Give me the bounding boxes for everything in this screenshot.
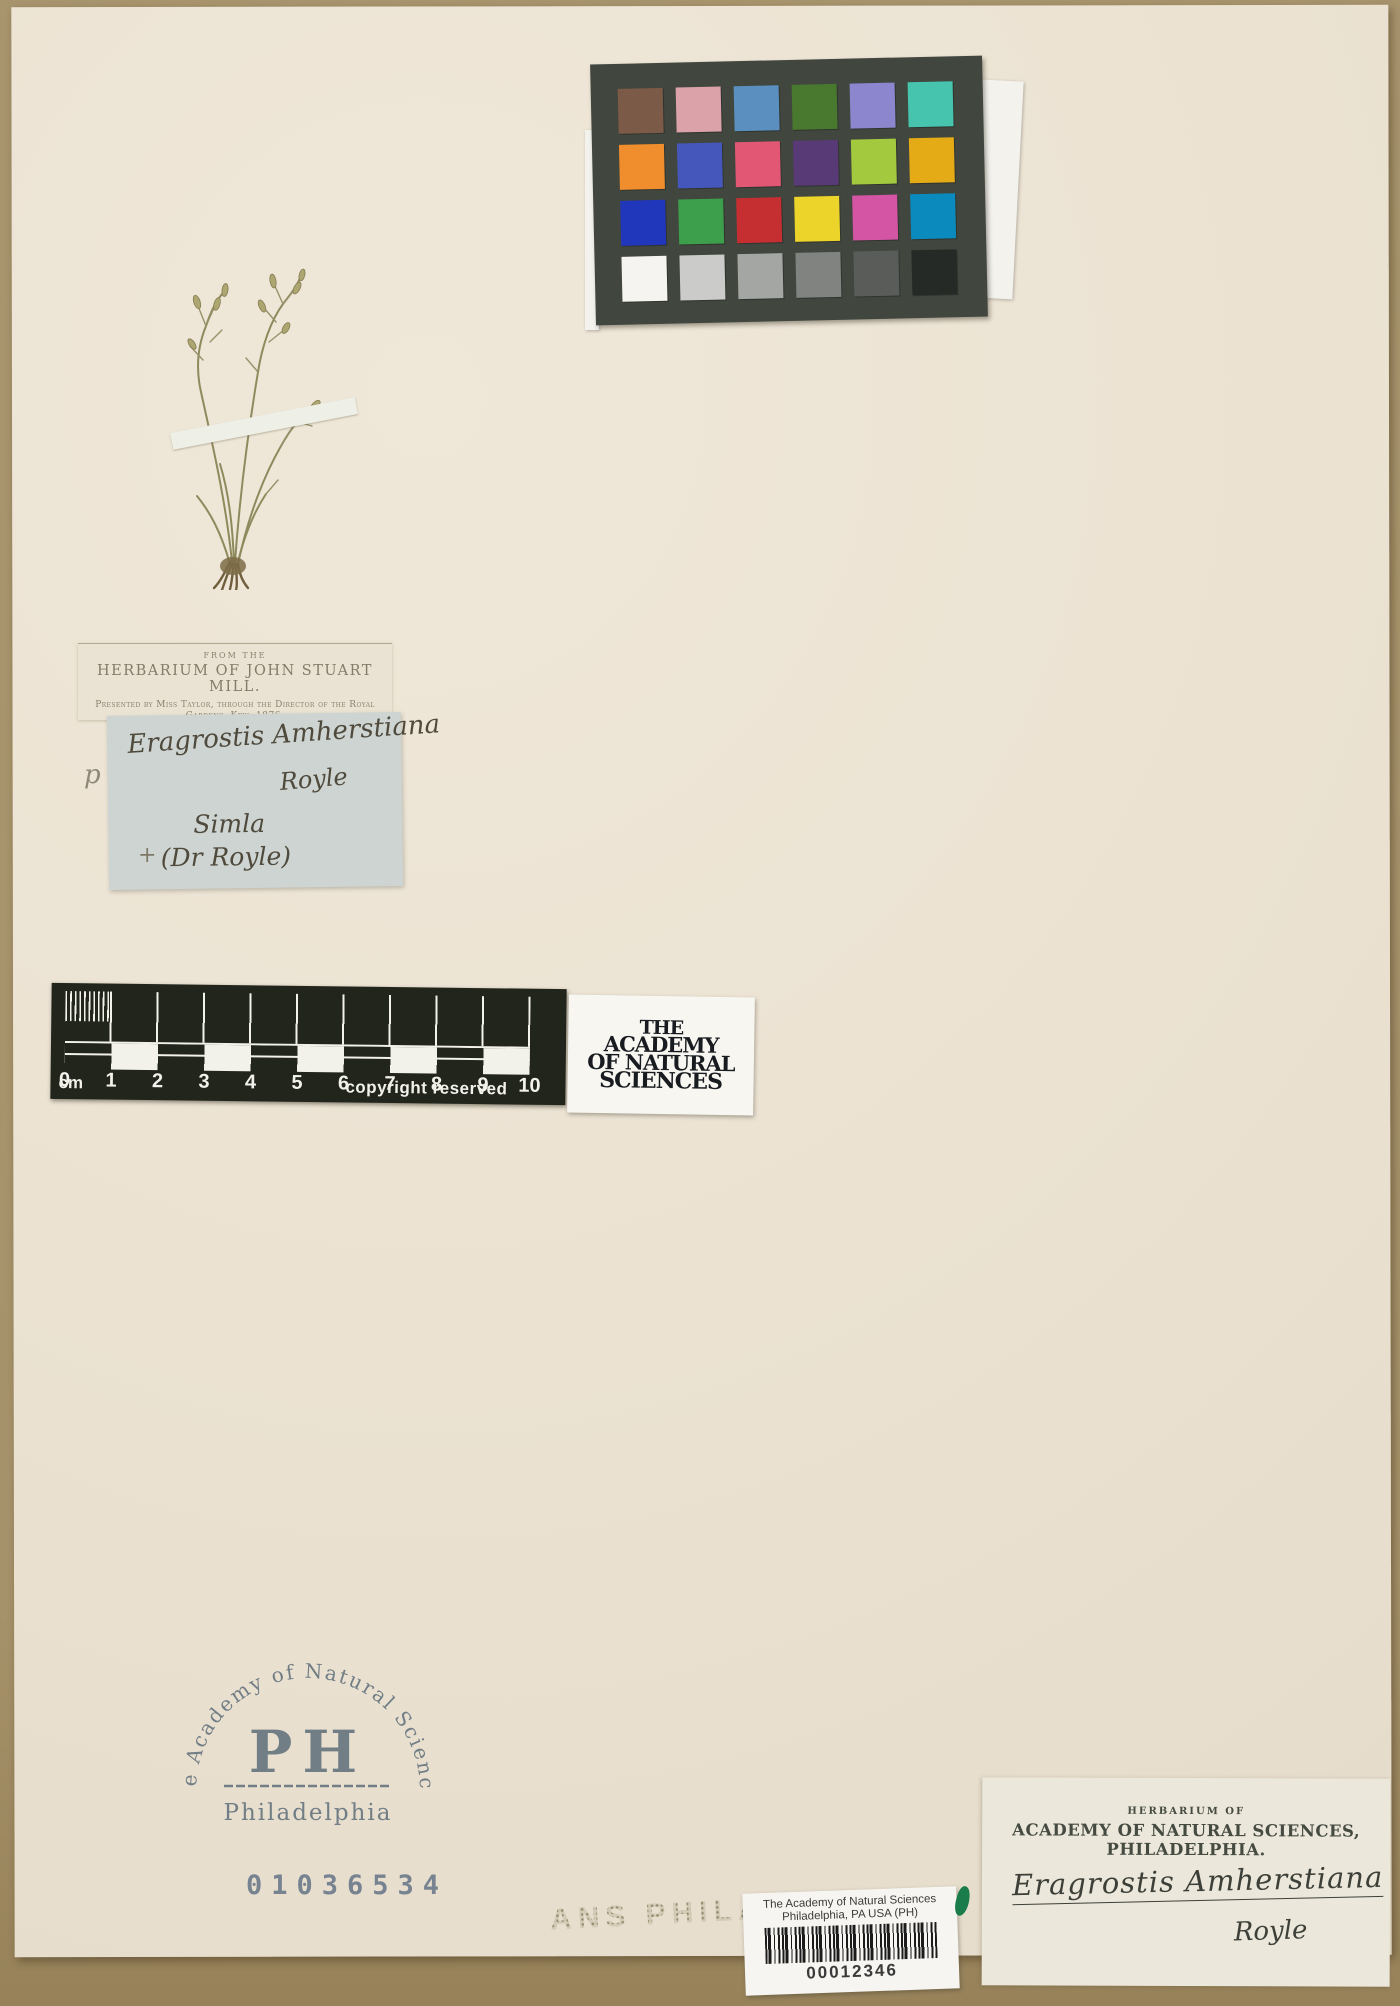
color-patch — [794, 196, 840, 242]
accession-number-stamp: 01036534 — [246, 1870, 448, 1901]
color-patch-grid — [618, 81, 958, 302]
color-patch — [676, 87, 722, 133]
barcode-label: The Academy of Natural Sciences Philadel… — [742, 1886, 959, 1995]
color-patch — [909, 137, 955, 183]
species-name-handwritten: Eragrostis Amherstiana — [126, 709, 441, 760]
ruler-copyright-label: copyright reserved — [345, 1077, 507, 1099]
color-patch — [734, 85, 780, 131]
color-patch — [621, 256, 667, 302]
color-patch — [678, 198, 724, 244]
mill-label-from-the: FROM THE — [78, 651, 392, 660]
ruler-num-10: 10 — [518, 1075, 541, 1098]
stamp-monogram: PH — [249, 1718, 367, 1786]
cm-scale-ruler: 012345678910 cm copyright reserved — [50, 983, 566, 1105]
academy-logo-line: SCIENCES — [599, 1071, 722, 1092]
stamp-city: Philadelphia — [223, 1800, 392, 1826]
color-patch — [679, 254, 725, 300]
color-patch — [911, 249, 957, 295]
color-patch — [677, 143, 723, 189]
pencil-mark: + — [138, 843, 156, 868]
barcode — [765, 1922, 938, 1964]
ruler-num-3: 3 — [198, 1071, 209, 1094]
ruler-mm-ticks — [65, 991, 111, 1022]
ruler-num-4: 4 — [245, 1071, 256, 1094]
ruler-num-1: 1 — [105, 1070, 116, 1093]
pencil-mark: p — [84, 760, 101, 790]
herbarium-label-header: HERBARIUM OF — [982, 1805, 1390, 1817]
herbarium-sheet-scan: FROM THE HERBARIUM OF JOHN STUART MILL. … — [0, 0, 1400, 2006]
color-patch — [910, 193, 956, 239]
herbarium-author-handwritten: Royle — [1233, 1915, 1308, 1947]
mill-herbarium-label: FROM THE HERBARIUM OF JOHN STUART MILL. … — [78, 643, 392, 720]
mill-label-title: HERBARIUM OF JOHN STUART MILL. — [78, 663, 392, 695]
color-patch — [735, 141, 781, 187]
author-handwritten: Royle — [279, 762, 349, 796]
color-patch — [853, 251, 899, 297]
color-patch — [737, 253, 783, 299]
ruler-unit-label: cm — [58, 1073, 83, 1093]
color-patch — [851, 139, 897, 185]
mill-label-presented: Presented by Miss Taylor, through the Di… — [78, 700, 392, 710]
ruler-num-5: 5 — [291, 1072, 302, 1095]
color-patch — [792, 84, 838, 130]
ruler-num-2: 2 — [152, 1070, 163, 1093]
color-patch — [618, 88, 664, 134]
locality-handwritten: Simla — [193, 809, 265, 839]
ansp-herbarium-label: HERBARIUM OF ACADEMY OF NATURAL SCIENCES… — [982, 1777, 1391, 1986]
color-patch — [619, 144, 665, 190]
color-patch — [850, 83, 896, 129]
color-patch — [736, 197, 782, 243]
color-patch — [620, 200, 666, 246]
color-patch — [793, 140, 839, 186]
collector-handwritten: (Dr Royle) — [161, 842, 292, 873]
color-patch — [795, 252, 841, 298]
color-patch — [852, 195, 898, 241]
color-calibration-card — [590, 56, 988, 326]
academy-logo-label: THE ACADEMY OF NATURAL SCIENCES — [567, 995, 755, 1116]
color-patch — [908, 81, 954, 127]
ruler-tick-band — [65, 991, 531, 1049]
herbarium-label-org: ACADEMY OF NATURAL SCIENCES, PHILADELPHI… — [982, 1820, 1390, 1859]
herbarium-species-handwritten: Eragrostis Amherstiana — [1012, 1860, 1384, 1905]
